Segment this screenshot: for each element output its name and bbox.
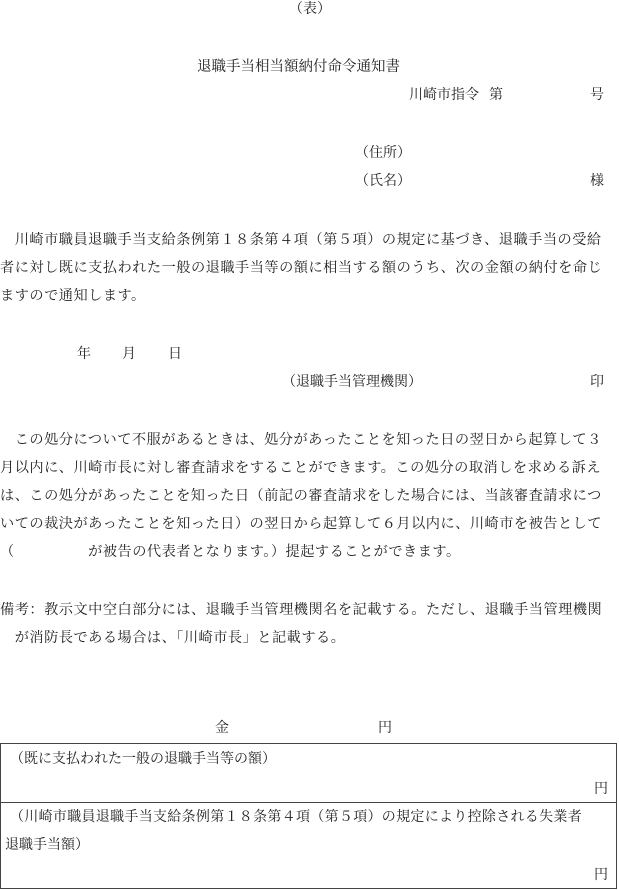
remarks-line: 備考：教示文中空白部分には、退職手当管理機関名を記載する。ただし、退職手当管理機… — [0, 596, 619, 624]
row-label: （既に支払われた一般の退職手当等の額） — [10, 750, 276, 768]
amount-breakdown-table: （既に支払われた一般の退職手当等の額） 円 （川崎市職員退職手当支給条例第１８条… — [0, 743, 617, 889]
remarks-line: が消防長である場合は、「川崎市長」と記載する。 — [0, 624, 619, 652]
notice-line: いての裁決があったことを知った日）の翌日から起算して６月以内に、川崎市を被告とし… — [0, 510, 619, 538]
seal-mark: 印 — [590, 373, 604, 391]
notice-line: この処分について不服があるときは、処分があったことを知った日の翌日から起算して３ — [0, 426, 619, 454]
order-number-dai: 第 — [489, 86, 503, 104]
form-label: （表） — [289, 0, 331, 18]
row-label: （川崎市職員退職手当支給条例第１８条第４項（第５項）の規定により控除される失業者 — [10, 808, 582, 826]
row-unit: 円 — [594, 866, 608, 884]
name-label: （氏名） — [355, 172, 411, 190]
order-number-prefix: 川崎市指令 — [409, 86, 479, 104]
notice-line: 月以内に、川崎市長に対し審査請求をすることができます。この処分の取消しを求める訴… — [0, 454, 619, 482]
body-line: 川崎市職員退職手当支給条例第１８条第４項（第５項）の規定に基づき、退職手当の受給 — [0, 226, 619, 254]
body-paragraph: 川崎市職員退職手当支給条例第１８条第４項（第５項）の規定に基づき、退職手当の受給… — [0, 226, 619, 310]
table-row: （既に支払われた一般の退職手当等の額） 円 — [1, 744, 616, 803]
address-label: （住所） — [355, 144, 411, 162]
amount-yen: 円 — [378, 719, 392, 737]
date-month: 月 — [122, 345, 136, 363]
date-day: 日 — [168, 345, 182, 363]
honorific: 様 — [590, 172, 604, 190]
amount-kin: 金 — [215, 719, 229, 737]
body-line: ますので通知します。 — [0, 282, 619, 310]
notice-line: は、この処分があったことを知った日（前記の審査請求をした場合には、当該審査請求に… — [0, 482, 619, 510]
date-year: 年 — [77, 345, 91, 363]
row-unit: 円 — [594, 780, 608, 798]
notice-line: （ が被告の代表者となります。）提起することができます。 — [0, 538, 619, 566]
appeal-notice: この処分について不服があるときは、処分があったことを知った日の翌日から起算して３… — [0, 426, 619, 566]
body-line: 者に対し既に支払われた一般の退職手当等の額に相当する額のうち、次の金額の納付を命… — [0, 254, 619, 282]
document-title: 退職手当相当額納付命令通知書 — [197, 58, 400, 76]
order-number-go: 号 — [590, 86, 604, 104]
remarks: 備考：教示文中空白部分には、退職手当管理機関名を記載する。ただし、退職手当管理機… — [0, 596, 619, 652]
row-label-cont: 退職手当額） — [5, 836, 89, 854]
issuer-label: （退職手当管理機関） — [282, 373, 422, 391]
table-row: （川崎市職員退職手当支給条例第１８条第４項（第５項）の規定により控除される失業者… — [1, 802, 616, 888]
